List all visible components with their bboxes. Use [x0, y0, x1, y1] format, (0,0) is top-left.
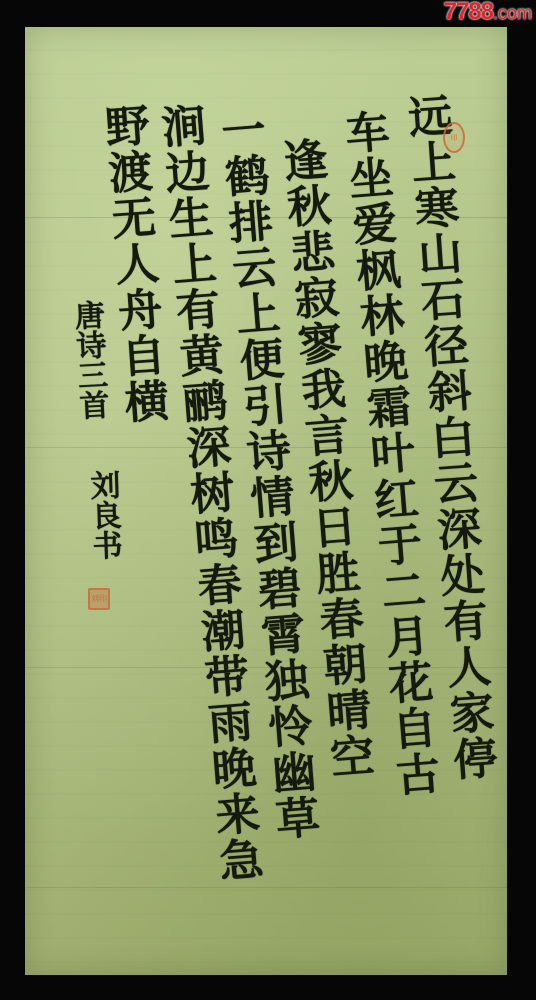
signature-author: 刘良书: [86, 469, 119, 560]
leading-seal: 印: [443, 122, 465, 153]
calligraphy-character: 古: [395, 752, 442, 801]
calligraphy-character: 停: [452, 737, 499, 786]
signature-title: 唐诗三首: [70, 299, 106, 420]
name-seal: 刘印: [88, 588, 110, 610]
signature-title-text: 唐诗三首: [70, 299, 106, 420]
calligraphy-character: 急: [218, 838, 265, 887]
photo-frame: 远上寒山石径斜白云深处有人家停 车坐爱枫林晚霜叶红于二月花自古 逢秋悲寂寥我言秋…: [0, 0, 536, 1000]
calligraphy-character: 草: [274, 796, 321, 845]
signature-author-text: 刘良书: [86, 469, 119, 560]
site-watermark: 7788.com: [444, 0, 532, 26]
watermark-brand: 7788: [444, 0, 493, 25]
calligraphy-character: 空: [329, 734, 376, 783]
watermark-suffix: .com: [493, 3, 532, 23]
calligraphy-character: 横: [123, 380, 170, 429]
paper-crease: [25, 887, 507, 888]
